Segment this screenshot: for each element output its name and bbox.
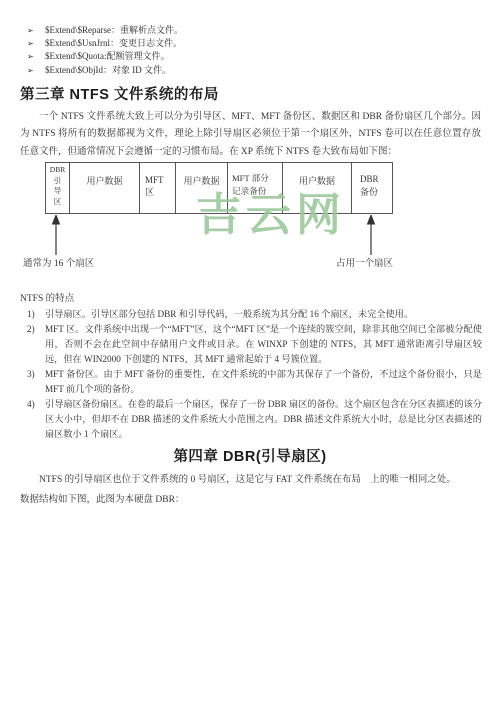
arrowhead-bullet-icon: ➢	[27, 64, 37, 77]
bullet-text: $Extend\$UsnJrnl：变更日志文件。	[45, 37, 182, 50]
diagram-box-dbr-boot: DBR 引 导 区	[45, 162, 70, 214]
item-text: MFT 区。文件系统中出现一个“MFT”区，这个“MFT 区”是一个连续的簇空间…	[45, 322, 482, 367]
chapter4-heading: 第四章 DBR(引导扇区)	[0, 445, 500, 466]
item-number: 1)	[27, 307, 45, 322]
document-page: ➢ $Extend\$Reparse：重解析点文件。 ➢ $Extend\$Us…	[0, 0, 500, 708]
bullet-item-usnjrnl: ➢ $Extend\$UsnJrnl：变更日志文件。	[27, 37, 467, 50]
diagram-box-user-data-1: 用户数据	[69, 162, 140, 214]
up-arrow-icon	[50, 215, 62, 255]
bullet-item-objid: ➢ $Extend\$ObjId：对象 ID 文件。	[27, 64, 467, 77]
diagram-box-mft: MFT 区	[139, 162, 176, 214]
bullet-item-quota: ➢ $Extend\$Quota:配额管理文件。	[27, 50, 467, 63]
bullet-item-reparse: ➢ $Extend\$Reparse：重解析点文件。	[27, 24, 467, 37]
diagram-box-user-data-3: 用户数据	[282, 162, 352, 214]
item-text: MFT 备份区。由于 MFT 备份的重要性，在文件系统的中部为其保存了一个备份，…	[45, 367, 482, 397]
arrowhead-bullet-icon: ➢	[27, 24, 37, 37]
feature-item-2: 2) MFT 区。文件系统中出现一个“MFT”区，这个“MFT 区”是一个连续的…	[27, 322, 482, 367]
chapter3-paragraph: 一个 NTFS 文件系统大致上可以分为引导区、MFT、MFT 备份区、数据区和 …	[20, 109, 481, 161]
chapter4-paragraph-2: 数据结构如下图，此图为本硬盘 DBR：	[20, 491, 482, 510]
item-text: 引导扇区备份扇区。在卷的最后一个扇区，保存了一份 DBR 扇区的备份。这个扇区包…	[45, 397, 482, 442]
bullet-text: $Extend\$ObjId：对象 ID 文件。	[45, 64, 171, 77]
up-arrow-icon	[365, 215, 377, 255]
diagram-box-mft-backup: MFT 部分 记录备份	[227, 162, 283, 214]
features-heading: NTFS 的特点	[20, 290, 74, 304]
extend-files-bullet-list: ➢ $Extend\$Reparse：重解析点文件。 ➢ $Extend\$Us…	[27, 24, 467, 77]
feature-item-1: 1) 引导扇区。引导区部分包括 DBR 和引导代码，一般系统为其分配 16 个扇…	[27, 307, 482, 322]
bullet-text: $Extend\$Reparse：重解析点文件。	[45, 24, 183, 37]
feature-item-3: 3) MFT 备份区。由于 MFT 备份的重要性，在文件系统的中部为其保存了一个…	[27, 367, 482, 397]
ntfs-layout-diagram: DBR 引 导 区 用户数据 MFT 区 用户数据 MFT 部分 记录备份 用户…	[45, 162, 393, 214]
item-text: 引导扇区。引导区部分包括 DBR 和引导代码，一般系统为其分配 16 个扇区，未…	[45, 307, 482, 322]
chapter4-paragraph-1: NTFS 的引导扇区也位于文件系统的 0 号扇区，这是它与 FAT 文件系统在布…	[20, 471, 482, 490]
diagram-note-left: 通常为 16 个扇区	[23, 255, 94, 269]
arrowhead-bullet-icon: ➢	[27, 50, 37, 63]
diagram-note-right: 占用一个扇区	[336, 255, 393, 269]
diagram-box-dbr-backup: DBR 备份	[351, 162, 393, 214]
chapter3-heading: 第三章 NTFS 文件系统的布局	[20, 83, 219, 104]
features-list: 1) 引导扇区。引导区部分包括 DBR 和引导代码，一般系统为其分配 16 个扇…	[27, 307, 482, 442]
item-number: 3)	[27, 367, 45, 397]
item-number: 2)	[27, 322, 45, 367]
bullet-text: $Extend\$Quota:配额管理文件。	[45, 50, 170, 63]
diagram-box-user-data-2: 用户数据	[175, 162, 228, 214]
feature-item-4: 4) 引导扇区备份扇区。在卷的最后一个扇区，保存了一份 DBR 扇区的备份。这个…	[27, 397, 482, 442]
arrowhead-bullet-icon: ➢	[27, 37, 37, 50]
item-number: 4)	[27, 397, 45, 442]
